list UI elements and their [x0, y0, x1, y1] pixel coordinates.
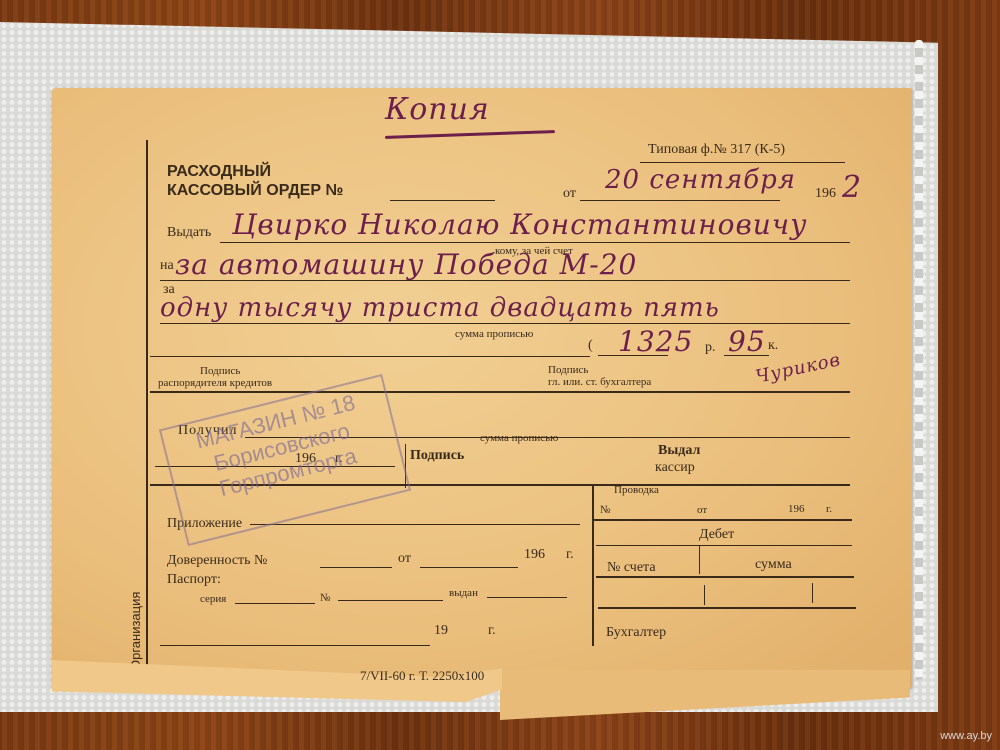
signature-divider: [150, 391, 850, 393]
passport-issued-line: [487, 597, 567, 598]
passport-label: Паспорт:: [167, 572, 221, 588]
purpose-prefix: на: [160, 258, 174, 274]
year-handwritten: 2: [842, 170, 862, 205]
attachment-line: [250, 524, 580, 525]
poa-label: Доверенность №: [167, 553, 267, 569]
printer-mark: 7/VII-60 г. Т. 2250x100: [360, 668, 484, 684]
sig-accountant-line1: Подпись: [548, 364, 588, 376]
amount-words-handwritten: одну тысячу триста двадцать пять: [160, 293, 720, 323]
posting-line-2: [596, 545, 852, 546]
posting-row-divider-2: [812, 583, 813, 603]
amount-open-paren: (: [588, 338, 593, 354]
copy-mark: Копия: [385, 92, 490, 127]
date-year-printed: 196: [815, 186, 836, 202]
date-prefix: от: [563, 186, 576, 202]
poa-year: 196: [524, 547, 545, 563]
sleeve-perforation: [915, 40, 923, 680]
posting-block-border: [592, 486, 594, 646]
date-line: [580, 200, 780, 201]
title-line1: РАСХОДНЫЙ: [167, 163, 271, 181]
posting-line-3: [596, 576, 854, 578]
form-type-underline: [640, 162, 845, 163]
posting-row-divider-1: [704, 585, 705, 605]
signature-label: Подпись: [410, 448, 464, 464]
left-border-line: [146, 140, 148, 670]
passport-series-line: [235, 603, 315, 604]
accountant-label: Бухгалтер: [606, 625, 666, 641]
issued-year: 19: [434, 623, 448, 639]
passport-series-label: серия: [200, 593, 226, 605]
poa-year-suffix: г.: [566, 547, 574, 563]
posting-year-suffix: г.: [826, 503, 832, 515]
account-label: № счета: [607, 560, 656, 576]
sig-credit-line1: Подпись: [200, 365, 240, 377]
amount-box-line: [150, 356, 590, 357]
issued-date-line: [160, 645, 430, 646]
recipient-handwritten: Цвирко Николаю Константиновичу: [232, 208, 807, 241]
poa-from: от: [398, 551, 411, 567]
posting-year: 196: [788, 503, 805, 515]
posting-from-label: от: [697, 504, 707, 516]
posting-line-1: [594, 519, 852, 521]
cashier-line2: кассир: [655, 460, 695, 476]
sig-credit-line2: распорядителя кредитов: [158, 377, 272, 389]
recipient-line: [220, 242, 850, 243]
issued-year-suffix: г.: [488, 623, 496, 639]
posting-col-divider: [699, 545, 700, 574]
amount-words-line: [160, 323, 850, 324]
sum-label: сумма: [755, 557, 792, 573]
poa-number-line: [320, 567, 392, 568]
order-number-line: [390, 200, 495, 201]
kop-label: к.: [768, 338, 778, 354]
amount-words-hint: сумма прописью: [455, 328, 533, 340]
rub-label: р.: [705, 340, 716, 356]
debit-label: Дебет: [699, 527, 734, 543]
sig-accountant-line2: гл. или. ст. бухгалтера: [548, 376, 651, 388]
received-hint: сумма прописью: [480, 432, 558, 444]
issue-label: Выдать: [167, 225, 211, 241]
form-type-label: Типовая ф.№ 317 (К-5): [648, 142, 785, 158]
purpose-handwritten: за автомашину Победа М-20: [175, 248, 637, 281]
date-handwritten: 20 сентября: [605, 165, 796, 195]
watermark: www.ay.by: [940, 730, 992, 742]
title-line2: КАССОВЫЙ ОРДЕР №: [167, 182, 343, 200]
amount-rubles-handwritten: 1325: [618, 325, 693, 358]
amount-kopecks-handwritten: 95: [728, 325, 766, 358]
passport-number-label: №: [320, 592, 331, 604]
poa-date-line: [420, 567, 518, 568]
passport-issued-label: выдан: [449, 587, 478, 599]
posting-number-label: №: [600, 504, 611, 516]
passport-number-line: [338, 600, 443, 601]
posting-line-4: [598, 607, 856, 609]
organization-label: Организация: [128, 550, 143, 670]
posting-title: Проводка: [614, 484, 659, 496]
cashier-line1: Выдал: [658, 443, 700, 459]
